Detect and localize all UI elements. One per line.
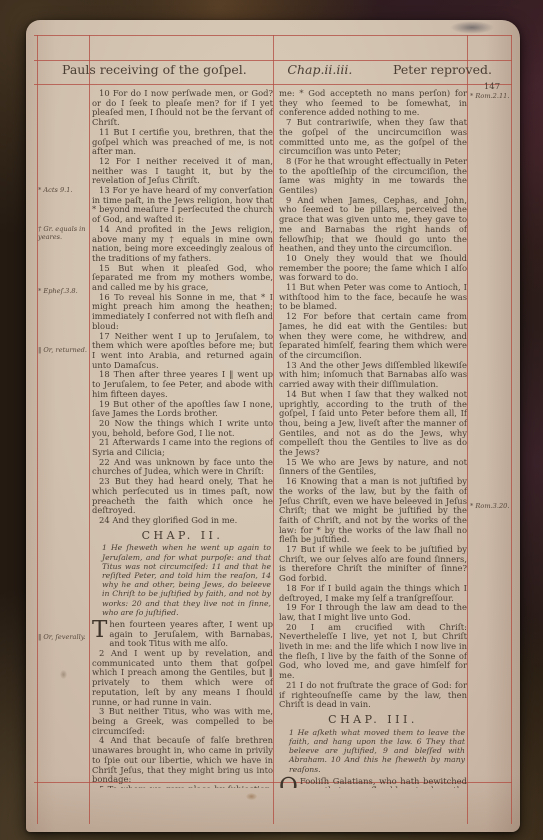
chapter-2-argument: 1 He ſheweth when he went up again to Je… (102, 543, 271, 617)
verse-with-dropcap: Then fourteen yeares after, I went up ag… (92, 620, 273, 649)
ruled-line-column-divider (273, 35, 274, 824)
dropcap-T: T (92, 620, 109, 640)
verse: 12 For before that certain came from Jam… (279, 312, 467, 361)
running-header-left: Pauls receiving of the goſpel. (62, 62, 247, 77)
verse: 16 To reveal his Sonne in me, that * I m… (92, 293, 273, 332)
foxing-spot (60, 670, 67, 679)
folio-number: 147 (470, 82, 514, 92)
verse: 12 For I neither received it of man, nei… (92, 157, 273, 186)
verse: 10 For do I now perſwade men, or God? or… (92, 89, 273, 128)
verse: 5 To whom we gave place by ſubjection, n… (92, 785, 273, 788)
chapter-heading-3: CHAP. III. (279, 715, 467, 725)
foxing-spot (246, 793, 257, 800)
verse: 18 Then after three yeares I ‖ went up t… (92, 370, 273, 399)
margin-note-or-returned: ‖ Or, returned. (38, 347, 88, 355)
verse: 19 But other of the apoſtles ſaw I none,… (92, 400, 273, 419)
margin-note-gr-equals: † Gr. equals in yeares. (38, 226, 88, 241)
verse: 14 But when I ſaw that they walked not u… (279, 390, 467, 458)
verse: 11 But when Peter was come to Antioch, I… (279, 283, 467, 312)
verse: 20 Now the things which I write unto you… (92, 419, 273, 438)
verse: 9 And when James, Cephas, and John, who … (279, 196, 467, 254)
verse: 17 Neither went I up to Jeruſalem, to th… (92, 332, 273, 371)
running-header: Pauls receiving of the goſpel. Chap.ii.i… (62, 62, 492, 77)
verse: 15 But when it pleaſed God, who ſeparate… (92, 264, 273, 293)
text-column-left: 10 For do I now perſwade men, or God? or… (92, 89, 273, 788)
verse: 20 I am crucified with Chriſt: Neverthel… (279, 623, 467, 681)
verse: 13 And the other Jews diſſembled likewiſ… (279, 361, 467, 390)
verse: 18 For if I build again the things which… (279, 584, 467, 603)
ruled-line-right-inner (467, 35, 468, 824)
chapter-3-argument: 1 He aſketh what moved them to leave the… (289, 728, 465, 774)
photo-of-bible-page: { "header": { "left": "Pauls receiving o… (0, 0, 543, 840)
verse: 15 We who are Jews by nature, and not ſi… (279, 458, 467, 477)
ink-smudge (450, 21, 494, 34)
verse: 21 Afterwards I came into the regions of… (92, 438, 273, 457)
verse-continuation: me: * God accepteth no mans perſon) for … (279, 89, 467, 118)
chapter-heading-2: CHAP. II. (92, 531, 273, 541)
verse: 21 I do not fruſtrate the grace of God: … (279, 681, 467, 710)
verse: 16 Knowing that a man is not juſtified b… (279, 477, 467, 545)
running-header-right: Peter reproved. (393, 62, 492, 77)
dropcap-O: O (279, 777, 300, 788)
verse: 2 And I went up by revelation, and commu… (92, 649, 273, 707)
verse: 24 And they glorified God in me. (92, 516, 273, 526)
verse: 7 But contrariwiſe, when they ſaw that t… (279, 118, 467, 157)
verse: 10 Onely they would that we ſhould remem… (279, 254, 467, 283)
verse: 8 (For he that wrought effectually in Pe… (279, 157, 467, 196)
verse: 23 But they had heard onely, That he whi… (92, 477, 273, 516)
running-header-chapter: Chap.ii.iii. (287, 62, 352, 77)
book-page: Pauls receiving of the goſpel. Chap.ii.i… (26, 20, 520, 832)
verse-text: hen fourteen yeares after, I went up aga… (109, 619, 273, 648)
ruled-line-right-outer (511, 35, 512, 824)
margin-note-ephes-3-8: * Epheſ.3.8. (38, 288, 88, 296)
verse: 19 For I through the law am dead to the … (279, 603, 467, 622)
ruled-line-left-inner (89, 35, 90, 824)
verse: 22 And was unknown by face unto the chur… (92, 458, 273, 477)
verse-text: Fooliſh Galatians, who hath bewitched yo… (300, 776, 467, 788)
margin-note-or-severally: ‖ Or, ſeverally. (38, 634, 88, 642)
margin-note-rom-2-11: * Rom.2.11. (470, 93, 514, 101)
text-column-right: me: * God accepteth no mans perſon) for … (279, 89, 467, 788)
verse: 17 But if while we ſeek to be juſtified … (279, 545, 467, 584)
verse: 14 And profited in the Jews religion, ab… (92, 225, 273, 264)
verse-with-dropcap: OFooliſh Galatians, who hath bewitched y… (279, 777, 467, 788)
verse: 4 And that becauſe of falſe brethren una… (92, 736, 273, 785)
verse: 11 But I certifie you, brethren, that th… (92, 128, 273, 157)
margin-note-rom-3-20: * Rom.3.20. (470, 503, 514, 511)
verse: 13 For ye have heard of my converſation … (92, 186, 273, 225)
ruled-line-left-outer (37, 35, 38, 824)
verse: 3 But neither Titus, who was with me, be… (92, 707, 273, 736)
margin-note-acts-9-1: * Acts 9.1. (38, 187, 88, 195)
